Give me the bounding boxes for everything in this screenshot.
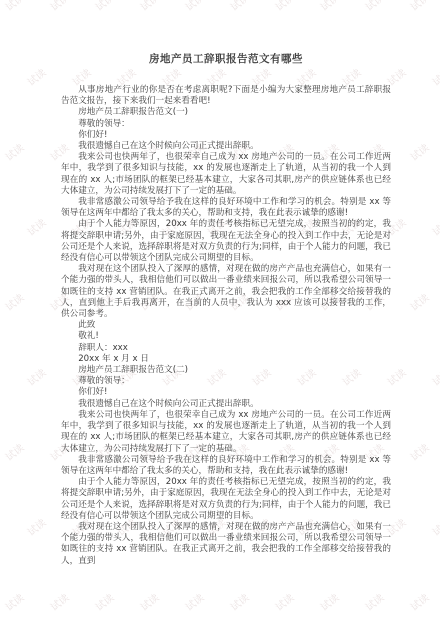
watermark-stamp: 试读 — [227, 589, 252, 613]
paragraph: 我来公司也快两年了，也很荣幸自己成为 xx 房地产公司的一员。在公司工作近两年中… — [61, 410, 391, 455]
paragraph: 你们好! — [61, 130, 391, 141]
watermark-stamp: 试读 — [2, 589, 27, 613]
watermark-stamp: 试读 — [92, 589, 117, 613]
paragraph: 房地产员工辞职报告范文(二) — [61, 365, 391, 376]
paragraph: 我对现在这个团队投入了深厚的感情，对现在做的房产产品也充满信心，如果有一个能力强… — [61, 522, 391, 567]
watermark-stamp: 试读 — [272, 589, 297, 613]
paragraph: 20xx 年 x 月 x 日 — [61, 354, 391, 365]
paragraph: 从事房地产行业的你是否在考虑离职呢?下面是小编为大家整理房地产员工辞职报告范文报… — [61, 85, 391, 107]
paragraph: 尊敬的领导： — [61, 376, 391, 387]
paragraph: 尊敬的领导： — [61, 119, 391, 130]
paragraph: 你们好! — [61, 387, 391, 398]
paragraph: 敬礼! — [61, 331, 391, 342]
watermark-stamp: 试读 — [317, 589, 342, 613]
watermark-stamp: 试读 — [362, 589, 387, 613]
paragraph: 我非常感激公司领导给予我在这样的良好环境中工作和学习的机会。特别是 xx 等领导… — [61, 197, 391, 219]
paragraph: 辞职人：xxx — [61, 343, 391, 354]
paragraph: 由于个人能力等原因，20xx 年的责任考核指标已无望完成，按照当初的约定，我将提… — [61, 477, 391, 522]
watermark-stamp: 试读 — [137, 589, 162, 613]
watermark-stamp: 试读 — [182, 589, 207, 613]
document-content: 房地产员工辞职报告范文有哪些 从事房地产行业的你是否在考虑离职呢?下面是小编为大… — [0, 0, 440, 567]
watermark-stamp: 试读 — [407, 589, 432, 613]
paragraph: 我很遗憾自己在这个时候向公司正式提出辞职。 — [61, 399, 391, 410]
paragraph: 我对现在这个团队投入了深厚的感情，对现在做的房产产品也充满信心，如果有一个能力强… — [61, 264, 391, 320]
paragraph: 房地产员工辞职报告范文(一) — [61, 107, 391, 118]
paragraph: 我很遗憾自己在这个时候向公司正式提出辞职。 — [61, 141, 391, 152]
paragraph: 我来公司也快两年了，也很荣幸自己成为 xx 房地产公司的一员。在公司工作近两年中… — [61, 152, 391, 197]
document-body: 从事房地产行业的你是否在考虑离职呢?下面是小编为大家整理房地产员工辞职报告范文报… — [61, 85, 391, 567]
paragraph: 此致 — [61, 320, 391, 331]
watermark-stamp: 试读 — [47, 589, 72, 613]
document-title: 房地产员工辞职报告范文有哪些 — [61, 51, 391, 66]
paragraph: 由于个人能力等原因，20xx 年的责任考核指标已无望完成，按照当初的约定，我将提… — [61, 219, 391, 264]
paragraph: 我非常感激公司领导给予我在这样的良好环境中工作和学习的机会。特别是 xx 等领导… — [61, 455, 391, 477]
document-page: 试读试读试读试读试读试读试读试读试读试读试读试读试读试读试读试读试读试读试读试读… — [0, 0, 440, 620]
